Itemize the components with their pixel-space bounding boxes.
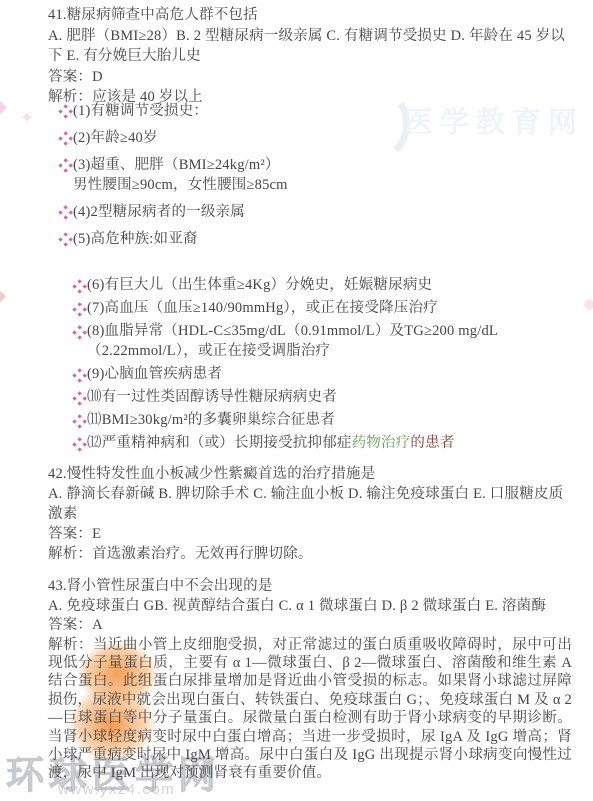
diamond-bullet-icon (58, 158, 73, 173)
list-item-text: ⑽有一过性类固醇诱导性糖尿病病史者 (87, 388, 337, 408)
list-item: (5)高危种族:如亚裔 (58, 229, 538, 249)
list-item-text: (8)血脂异常（HDL-C≤35mg/dL（0.91mmol/L）及TG≥200… (87, 322, 550, 361)
question-43-options: A. 免疫球蛋白 GB. 视黄醇结合蛋白 C. α 1 微球蛋白 D. β 2 … (48, 597, 572, 617)
diamond-bullet-icon (72, 414, 87, 429)
list-item: (7)高血压（血压≥140/90mmHg），或正在接受降压治疗 (72, 299, 550, 319)
list-item-text: (5)高危种族:如亚裔 (73, 229, 198, 249)
risk-factor-list-2: (6)有巨大儿（出生体重≥4Kg）分娩史，妊娠糖尿病史 (7)高血压（血压≥14… (72, 276, 550, 457)
list-item-text: (1)有糖调节受损史： (73, 101, 208, 121)
diamond-bullet-icon (72, 279, 87, 294)
list-item-text: (7)高血压（血压≥140/90mmHg），或正在接受降压治疗 (87, 299, 438, 319)
list-item-text: (3)超重、肥胖（BMI≥24kg/m²） 男性腰围≥90cm，女性腰围≥85c… (73, 155, 288, 195)
question-42-answer: 答案：E (48, 524, 570, 544)
question-41: 41.糖尿病筛查中高危人群不包括 A. 肥胖（BMI≥28）B. 2 型糖尿病一… (48, 5, 570, 108)
list-item-text: ⑾BMI≥30kg/m²的多囊卵巢综合征患者 (87, 411, 335, 431)
question-42-analysis: 解析：首选激素治疗。无效再行脾切除。 (48, 544, 570, 564)
question-43: 43.肾小管性尿蛋白中不会出现的是 A. 免疫球蛋白 GB. 视黄醇结合蛋白 C… (48, 577, 572, 783)
edge-pink-mark (0, 290, 6, 303)
question-43-stem: 43.肾小管性尿蛋白中不会出现的是 (48, 577, 572, 597)
item12-green-text: 药物治疗 (352, 435, 411, 451)
edge-pink-mark (23, 113, 31, 121)
item12-maroon-text: 的患者 (410, 435, 454, 451)
question-41-stem: 41.糖尿病筛查中高危人群不包括 (48, 5, 570, 26)
question-42-stem: 42.慢性特发性血小板减少性紫癜首选的治疗措施是 (48, 464, 570, 484)
diamond-bullet-icon (58, 232, 73, 247)
item12-prefix: ⑿严重精神病和（或）长期接受抗抑郁症 (87, 435, 352, 451)
edge-pink-mark (583, 298, 593, 311)
analysis-text: 当近曲小管上皮细胞受损，对正常滤过的蛋白质重吸收障碍时，尿中可出现低分子量蛋白质… (48, 637, 572, 782)
diamond-bullet-icon (58, 205, 73, 220)
list-item: (6)有巨大儿（出生体重≥4Kg）分娩史，妊娠糖尿病史 (72, 276, 550, 296)
question-42-options: A. 静滴长春新碱 B. 脾切除手术 C. 输注血小板 D. 输注免疫球蛋白 E… (48, 484, 570, 524)
risk-factor-list-1: (1)有糖调节受损史： (2)年龄≥40岁 (3)超重、肥胖（BMI≥24kg/… (58, 101, 538, 256)
site-url-watermark: www.yxz4.com (58, 781, 175, 798)
analysis-label: 解析： (48, 637, 93, 653)
list-item: (3)超重、肥胖（BMI≥24kg/m²） 男性腰围≥90cm，女性腰围≥85c… (58, 155, 538, 195)
question-43-analysis: 解析：当近曲小管上皮细胞受损，对正常滤过的蛋白质重吸收障碍时，尿中可出现低分子量… (48, 636, 572, 783)
list-item: (4)2型糖尿病者的一级亲属 (58, 202, 538, 222)
list-item: (9)心脑血管疾病患者 (72, 365, 550, 385)
question-41-options: A. 肥胖（BMI≥28）B. 2 型糖尿病一级亲属 C. 有糖调节受损史 D.… (48, 26, 570, 67)
list-item-12: ⑿严重精神病和（或）长期接受抗抑郁症药物治疗的患者 (72, 434, 550, 454)
list-item: ⑾BMI≥30kg/m²的多囊卵巢综合征患者 (72, 411, 550, 431)
diamond-bullet-icon (58, 131, 73, 146)
question-41-answer: 答案：D (48, 67, 570, 88)
list-item-text: (6)有巨大儿（出生体重≥4Kg）分娩史，妊娠糖尿病史 (87, 276, 432, 296)
list-item: ⑽有一过性类固醇诱导性糖尿病病史者 (72, 388, 550, 408)
diamond-bullet-icon (72, 391, 87, 406)
diamond-bullet-icon (72, 302, 87, 317)
diamond-bullet-icon (72, 368, 87, 383)
question-43-answer: 答案：A (48, 616, 572, 636)
list-item: (2)年龄≥40岁 (58, 128, 538, 148)
list-item-text: (2)年龄≥40岁 (73, 128, 158, 148)
edge-pink-mark (0, 101, 7, 114)
diamond-bullet-icon (58, 104, 73, 119)
list-item-text: ⑿严重精神病和（或）长期接受抗抑郁症药物治疗的患者 (87, 434, 455, 454)
list-item-text: (9)心脑血管疾病患者 (87, 365, 222, 385)
list-item: (8)血脂异常（HDL-C≤35mg/dL（0.91mmol/L）及TG≥200… (72, 322, 550, 361)
diamond-bullet-icon (72, 437, 87, 452)
list-item: (1)有糖调节受损史： (58, 101, 538, 121)
list-item-text: (4)2型糖尿病者的一级亲属 (73, 202, 245, 222)
question-42: 42.慢性特发性血小板减少性紫癜首选的治疗措施是 A. 静滴长春新碱 B. 脾切… (48, 464, 570, 564)
diamond-bullet-icon (72, 325, 87, 340)
